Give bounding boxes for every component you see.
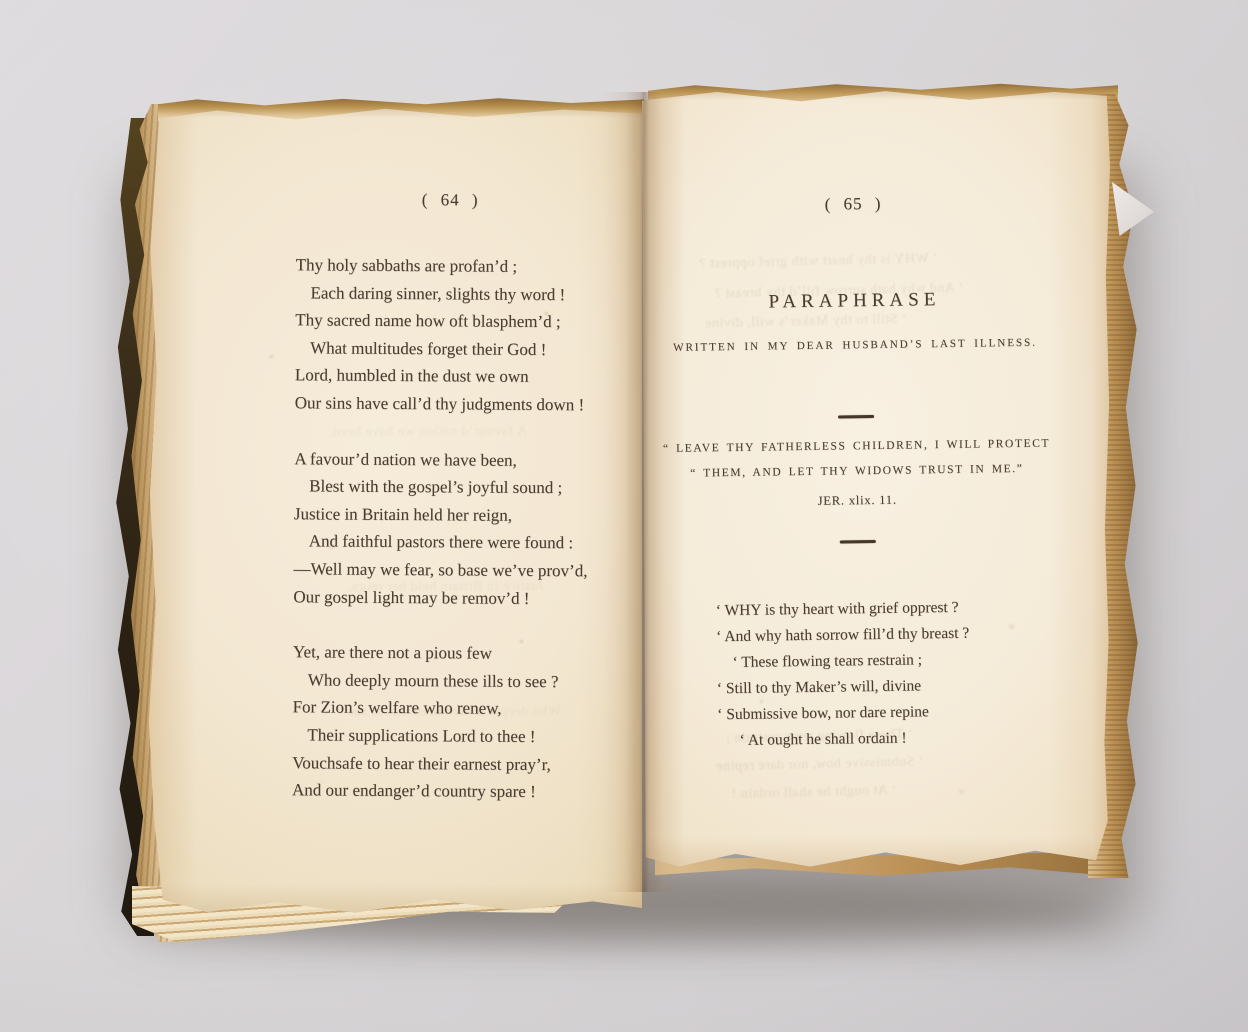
page-right: ‘ WHY is thy heart with grief opprest ? … xyxy=(642,88,1110,876)
poem-line: Justice in Britain held her reign, xyxy=(294,500,588,530)
printed-rule xyxy=(840,540,876,544)
poem-line: Blest with the gospel’s joyful sound ; xyxy=(294,472,588,502)
page-number-right: ( 65 ) xyxy=(663,192,1043,217)
poem-line: Our sins have call’d thy judgments down … xyxy=(295,389,589,419)
bleed-through-text: ‘ Still to thy Maker’s will, divine xyxy=(705,312,907,333)
page-number-left: ( 64 ) xyxy=(285,189,615,211)
poem-line: Thy holy sabbaths are profan’d ; xyxy=(296,251,590,281)
printed-rule xyxy=(838,415,874,419)
poem-left: Thy holy sabbaths are profan’d ; Each da… xyxy=(292,251,590,806)
poem-right: ‘ WHY is thy heart with grief opprest ? … xyxy=(716,595,971,755)
bleed-through-text: ‘ Submissive bow, nor dare repine xyxy=(716,754,924,775)
poem-line: Who deeply mourn these ills to see ? xyxy=(293,666,587,696)
poem-line: Vouchsafe to hear their earnest pray’r, xyxy=(292,749,586,779)
bleed-through-text: ‘ At ought he shall ordain ! xyxy=(731,783,896,803)
poem-line: And our endanger’d country spare ! xyxy=(292,776,586,806)
page-left: A favour’d nation we have been, Justice … xyxy=(148,104,642,916)
poem-line: Our gospel light may be remov’d ! xyxy=(293,583,587,613)
bleed-through-text: ‘ WHY is thy heart with grief opprest ? xyxy=(699,251,938,273)
stanza-1: Thy holy sabbaths are profan’d ; Each da… xyxy=(295,251,590,419)
poem-line: ‘ Still to thy Maker’s will, divine xyxy=(717,673,970,703)
poem-line: ‘ WHY is thy heart with grief opprest ? xyxy=(716,595,969,625)
poem-line: —Well may we fear, so base we’ve prov’d, xyxy=(293,555,587,585)
stanza-2: A favour’d nation we have been, Blest wi… xyxy=(293,445,588,613)
page-right-content: ‘ WHY is thy heart with grief opprest ? … xyxy=(637,85,1116,879)
epigraph-line: “ LEAVE THY FATHERLESS CHILDREN, I WILL … xyxy=(656,437,1056,455)
poem-line: ‘ These flowing tears restrain ; xyxy=(716,647,969,677)
poem-line: ‘ And why hath sorrow fill’d thy breast … xyxy=(716,621,969,651)
stanza-3: Yet, are there not a pious few Who deepl… xyxy=(292,638,587,806)
poem-line: ‘ At ought he shall ordain ! xyxy=(717,725,970,755)
poem-title: PARAPHRASE xyxy=(664,288,1044,315)
poem-line: And faithful pastors there were found : xyxy=(294,528,588,558)
poem-line: Yet, are there not a pious few xyxy=(293,638,587,668)
poem-line: ‘ Submissive bow, nor dare repine xyxy=(717,699,970,729)
poem-line: Thy sacred name how oft blasphem’d ; xyxy=(295,306,589,336)
poem-line: A favour’d nation we have been, xyxy=(294,445,588,475)
poem-line: Their supplications Lord to thee ! xyxy=(292,721,586,751)
foxing-spots xyxy=(0,0,3,3)
poem-line: What multitudes forget their God ! xyxy=(295,334,589,364)
poem-line: For Zion’s welfare who renew, xyxy=(293,694,587,724)
page-left-content: A favour’d nation we have been, Justice … xyxy=(145,102,645,917)
epigraph-line: “ THEM, AND LET THY WIDOWS TRUST IN ME.” xyxy=(657,462,1057,480)
poem-line: Each daring sinner, slights thy word ! xyxy=(295,279,589,309)
epigraph-citation: JER. xlix. 11. xyxy=(657,490,1057,511)
poem-line: Lord, humbled in the dust we own xyxy=(295,362,589,392)
poem-subtitle: WRITTEN IN MY DEAR HUSBAND’S LAST ILLNES… xyxy=(655,336,1055,354)
book-photograph: A favour’d nation we have been, Justice … xyxy=(0,0,1248,1032)
